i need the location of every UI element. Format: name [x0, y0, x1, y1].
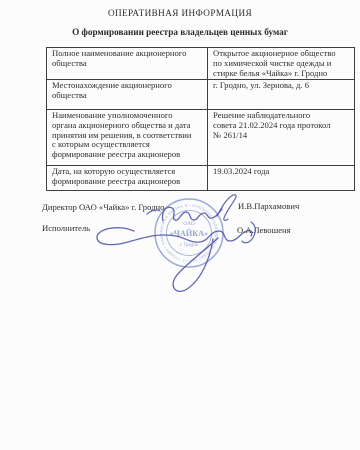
director-name: И.В.Пархамович [238, 201, 299, 211]
table-row: Дата, на которую осуществляется формиров… [47, 165, 355, 190]
table-cell-value: Открытое акционерное общество по химичес… [208, 48, 355, 80]
director-role-label: Директор ОАО «Чайка» г. Гродно [42, 202, 164, 212]
document-subtitle: О формировании реестра владельцев ценных… [0, 27, 360, 37]
table-cell-label: Наименование уполномоченного органа акци… [47, 109, 208, 165]
table-cell-label: Дата, на которую осуществляется формиров… [47, 165, 208, 190]
document-title: ОПЕРАТИВНАЯ ИНФОРМАЦИЯ [0, 8, 360, 18]
info-table: Полное наименование акционерного обществ… [46, 47, 355, 191]
executor-role-label: Исполнитель [42, 223, 90, 233]
table-row: Полное наименование акционерного обществ… [47, 48, 355, 80]
table-cell-label: Полное наименование акционерного обществ… [47, 48, 208, 80]
stamp-center-line3: г. Гродно [180, 243, 199, 248]
executor-signature [97, 222, 255, 291]
document-page: ОПЕРАТИВНАЯ ИНФОРМАЦИЯ О формировании ре… [0, 0, 360, 450]
executor-name: О.А.Левошеня [237, 225, 291, 235]
table-cell-value: 19.03.2024 года [208, 165, 355, 190]
stamp-center-line1: ОАО [183, 221, 195, 227]
table-cell-value: Решение наблюдательного совета 21.02.202… [208, 109, 355, 165]
table-row: Местонахождение акционерного общества г.… [47, 79, 355, 109]
table-cell-label: Местонахождение акционерного общества [47, 79, 208, 109]
stamp-center-line2: «ЧАЙКА» [170, 229, 208, 238]
table-row: Наименование уполномоченного органа акци… [47, 109, 355, 165]
table-cell-value: г. Гродно, ул. Зернова, д. 6 [208, 79, 355, 109]
